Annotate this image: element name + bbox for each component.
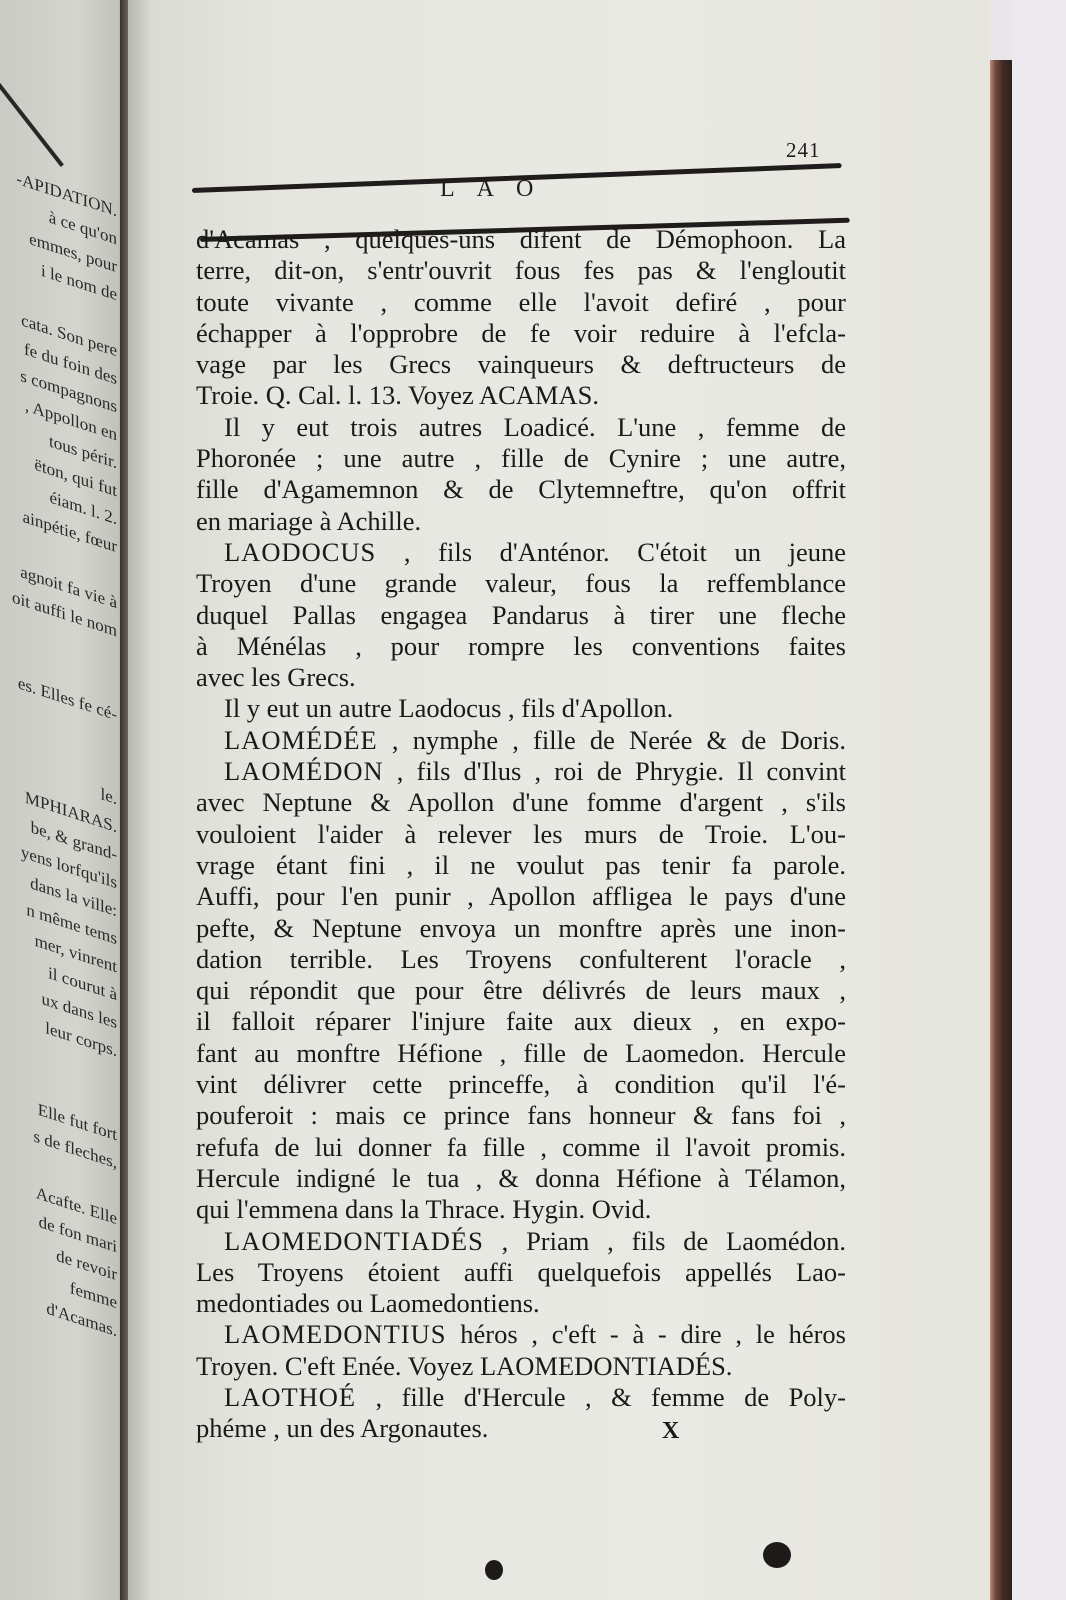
text-line: qui l'emmena dans la Thrace. Hygin. Ovid…	[196, 1194, 846, 1225]
text-line: refufa de lui donner fa fille , comme il…	[196, 1132, 846, 1163]
text-line: vouloient l'aider à relever les murs de …	[196, 819, 846, 850]
entry-headline: LAOMÉDÉE , nymphe , fille de Nerée & de …	[196, 725, 846, 756]
page-number: 241	[786, 138, 821, 163]
headword: LAOMEDONTIUS	[224, 1319, 447, 1349]
text-line: qui répondit que pour être délivrés de l…	[196, 975, 846, 1006]
background-surface	[1012, 0, 1066, 1600]
headword: LAOTHOÉ	[224, 1382, 356, 1412]
running-head: LAO	[440, 176, 555, 203]
text-line: Auffi, pour l'en punir , Apollon afflige…	[196, 881, 846, 912]
text-line: Hercule indigné le tua , & donna Héfione…	[196, 1163, 846, 1194]
text-line: fille d'Agamemnon & de Clytemneftre, qu'…	[196, 474, 846, 505]
headword: LAOMÉDÉE	[224, 725, 378, 755]
text-line: Troie. Q. Cal. l. 13. Voyez ACAMAS.	[196, 380, 846, 411]
text-line: avec Neptune & Apollon d'une fomme d'arg…	[196, 787, 846, 818]
text-line: pefte, & Neptune envoya un monftre après…	[196, 913, 846, 944]
entry-headline: LAOTHOÉ , fille d'Hercule , & femme de P…	[196, 1382, 846, 1413]
text-line: en mariage à Achille.	[196, 506, 846, 537]
text-line: Phoronée ; une autre , fille de Cynire ;…	[196, 443, 846, 474]
text-line: phéme , un des Argonautes.	[196, 1413, 846, 1444]
dictionary-entries: d'Acamas , quelques-uns difent de Démoph…	[196, 224, 846, 1445]
headword: LAOMEDONTIADÉS	[224, 1226, 484, 1256]
signature-mark: X	[662, 1418, 679, 1445]
text-line: duquel Pallas engagea Pandarus à tirer u…	[196, 600, 846, 631]
entry-headline: LAOMÉDON , fils d'Ilus , roi de Phrygie.…	[196, 756, 846, 787]
text-line: terre, dit-on, s'entr'ouvrit fous fes pa…	[196, 255, 846, 286]
entry-headline: LAOMEDONTIUS héros , c'eft - à - dire , …	[196, 1319, 846, 1350]
leather-cover-edge	[990, 60, 1012, 1600]
worm-hole	[485, 1560, 503, 1580]
entry-headline: LAODOCUS , fils d'Anténor. C'étoit un je…	[196, 537, 846, 568]
text-line: vage par les Grecs vainqueurs & deftruct…	[196, 349, 846, 380]
text-line: dation terrible. Les Troyens confulteren…	[196, 944, 846, 975]
text-line: pouferoit : mais ce prince fans honneur …	[196, 1100, 846, 1131]
text-line: fant au monftre Héfione , fille de Laome…	[196, 1038, 846, 1069]
headword: LAOMÉDON	[224, 756, 384, 786]
text-line: vrage étant fini , il ne voulut pas teni…	[196, 850, 846, 881]
headword: LAODOCUS	[224, 537, 376, 567]
text-line: toute vivante , comme elle l'avoit defir…	[196, 287, 846, 318]
text-line: Troyen. C'eft Enée. Voyez LAOMEDONTIADÉS…	[196, 1351, 846, 1382]
text-line: Il y eut trois autres Loadicé. L'une , f…	[196, 412, 846, 443]
left-page-text: -APIDATION.à ce qu'onemmes, pouri le nom…	[2, 160, 117, 1345]
text-line: d'Acamas , quelques-uns difent de Démoph…	[196, 224, 846, 255]
text-line: il falloit réparer l'injure faite aux di…	[196, 1006, 846, 1037]
worm-hole	[763, 1542, 791, 1568]
text-line: Les Troyens étoient auffi quelquefois ap…	[196, 1257, 846, 1288]
text-line: medontiades ou Laomedontiens.	[196, 1288, 846, 1319]
book-gutter	[128, 0, 150, 1600]
left-page-edge	[120, 0, 128, 1600]
left-page-fragment: -APIDATION.à ce qu'onemmes, pouri le nom…	[0, 0, 128, 1600]
text-line: Troyen d'une grande valeur, fous la reff…	[196, 568, 846, 599]
text-line: avec les Grecs.	[196, 662, 846, 693]
text-line: échapper à l'opprobre de fe voir reduire…	[196, 318, 846, 349]
text-line: Il y eut un autre Laodocus , fils d'Apol…	[196, 693, 846, 724]
text-line: vint délivrer cette princeffe, à conditi…	[196, 1069, 846, 1100]
text-line: à Ménélas , pour rompre les conventions …	[196, 631, 846, 662]
left-page-rule	[0, 70, 64, 167]
entry-headline: LAOMEDONTIADÉS , Priam , fils de Laomédo…	[196, 1226, 846, 1257]
